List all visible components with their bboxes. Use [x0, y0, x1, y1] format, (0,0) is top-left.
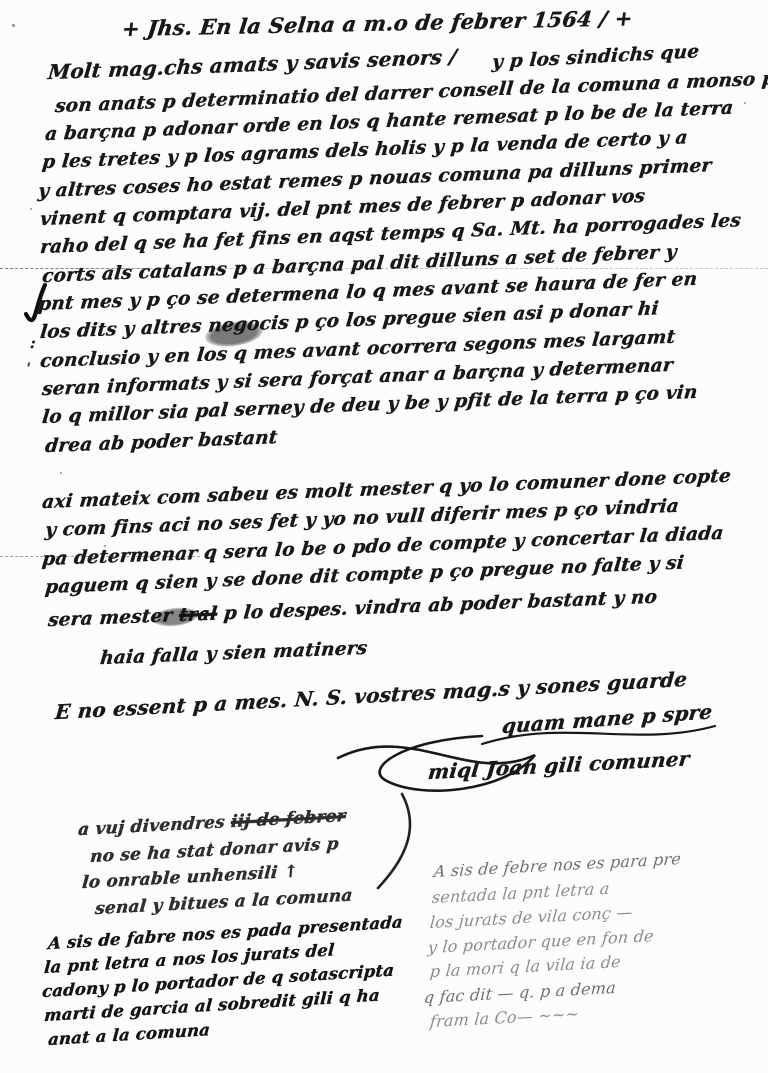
body2-line: haia falla y sien matiners [99, 638, 368, 669]
margin-tick-mark: ˈ [25, 360, 31, 378]
note-left1-line1-pre: a vuj divendres [77, 812, 232, 840]
manuscript-scan-page: + Jhs. En la Selna a m.o de febrer 1564 … [0, 0, 768, 1073]
arrow-up-icon: ↑ [283, 862, 299, 883]
scan-speckle [12, 24, 15, 27]
note-left1-line3: lo onrable unhensili ↑ [81, 862, 299, 893]
scan-speckle [210, 842, 212, 844]
scan-speckle [30, 208, 32, 210]
body2-line5-struck-word: tral [178, 603, 218, 626]
note-right-line: los jurats de vila conç — [429, 902, 633, 932]
note-right-line: q fac dit — q. p a dema [423, 978, 617, 1007]
salutation-left: Molt mag.chs amats y savis senors / [47, 44, 458, 84]
body2-line5-pre: sera mester [47, 605, 180, 631]
note-left1-line2: no se ha stat donar avis p [89, 834, 339, 867]
note-left1-line3-text: lo onrable unhensili [81, 863, 278, 893]
note-left1-line1-struck: iij de febrer [230, 806, 347, 832]
header-dateline: + Jhs. En la Selna a m.o de febrer 1564 … [121, 5, 635, 41]
scan-speckle [744, 102, 746, 104]
note-right-line: sentada la pnt letra a [431, 879, 610, 907]
note-right-line: p la mori q la vila ia de [429, 952, 622, 981]
salutation-right: y p los sindichs que [491, 41, 700, 73]
scan-speckle [60, 472, 62, 474]
note-left1-line4: senal y bitues a la comuna [94, 885, 353, 919]
body1-line: drea ab poder bastant [44, 427, 278, 457]
note-left2-line: anat a la comuna [47, 1020, 210, 1049]
ink-check-mark [22, 282, 48, 328]
scan-speckle [104, 545, 106, 547]
note-right-line: A sis de febre nos es para pre [433, 849, 682, 881]
note-left1-bracket-flourish [360, 792, 410, 892]
margin-colon-mark: : [29, 334, 37, 352]
body2-line5-post: p lo despes. vindra ab poder bastant y n… [216, 587, 658, 625]
note-right-line: fram la Co— ~~~ [429, 1004, 580, 1031]
